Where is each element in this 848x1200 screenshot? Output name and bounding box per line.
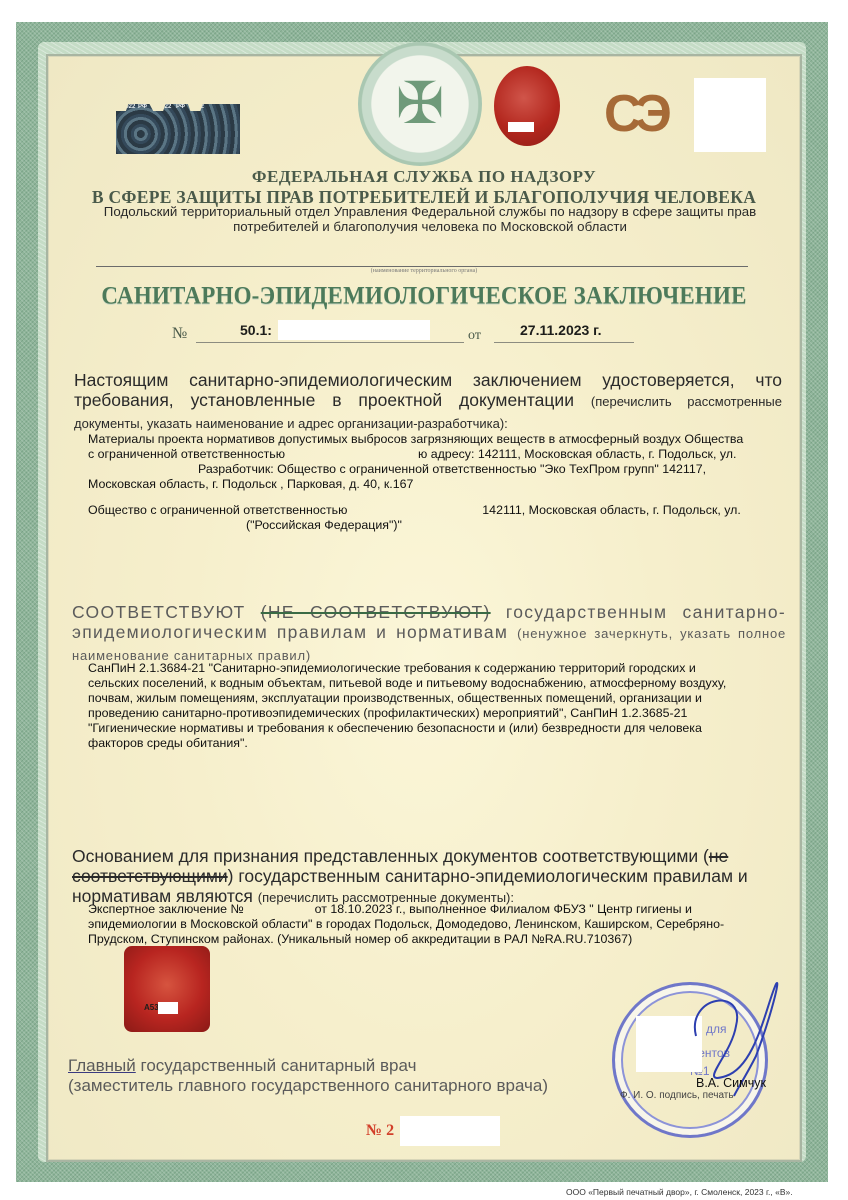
- complies-text: СООТВЕТСТВУЮТ: [72, 602, 245, 622]
- not-complies-struck-text: (НЕ СООТВЕТСТВУЮТ): [261, 602, 491, 622]
- sanpin-line: факторов среды обитания".: [88, 736, 778, 751]
- materials-line: Разработчик: Общество с ограниченной отв…: [88, 462, 778, 477]
- redaction: [400, 1116, 500, 1146]
- compliance-text: государственным санитарно-: [506, 602, 786, 622]
- expert-line-part: Экспертное заключение №: [88, 902, 244, 916]
- materials-block: Материалы проекта нормативов допустимых …: [88, 432, 778, 492]
- materials-line: с ограниченной ответственностью ю адресу…: [88, 447, 778, 462]
- materials-line-part: с ограниченной ответственностью: [88, 447, 285, 461]
- materials-line: Материалы проекта нормативов допустимых …: [88, 432, 778, 447]
- redaction: [158, 1002, 178, 1014]
- document-date: 27.11.2023 г.: [520, 322, 602, 338]
- signer-title-underlined: Главный: [68, 1056, 136, 1075]
- expert-line: Прудском, Ступинском районах. (Уникальны…: [88, 932, 778, 947]
- basis-text: Основанием для признания представленных …: [72, 846, 709, 866]
- organization-block: Общество с ограниченной ответственностью…: [88, 503, 778, 533]
- hologram-label: РФ: [138, 104, 147, 110]
- organization-line-part: Общество с ограниченной ответственностью: [88, 503, 347, 517]
- signer-title: Главный государственный санитарный врач: [68, 1056, 416, 1076]
- basis-struck-text: не: [709, 846, 728, 866]
- sanpin-line: почвам, жилым помещениям, эксплуатации п…: [88, 691, 778, 706]
- materials-line-part: ю адресу: 142111, Московская область, г.…: [418, 447, 737, 461]
- basis-lead: Основанием для признания представленных …: [72, 846, 786, 908]
- expert-conclusion-block: Экспертное заключение № от 18.10.2023 г.…: [88, 902, 778, 947]
- number-label: №: [172, 325, 187, 343]
- organization-line-part: 142111, Московская область, г. Подольск,…: [482, 503, 741, 517]
- se-certification-mark-icon: СЭ: [604, 88, 666, 140]
- territorial-body-line2: потребителей и благополучия человека по …: [80, 219, 780, 234]
- redaction: [278, 320, 430, 340]
- signer-title-line2: (заместитель главного государственного с…: [68, 1076, 548, 1096]
- number-underline: [196, 342, 464, 343]
- organization-line: Общество с ограниченной ответственностью…: [88, 503, 778, 518]
- document-title: САНИТАРНО-ЭПИДЕМИОЛОГИЧЕСКОЕ ЗАКЛЮЧЕНИЕ: [0, 282, 848, 310]
- sanpin-line: "Гигиенические нормативы и требования к …: [88, 721, 778, 736]
- red-hologram-sticker-icon: А533: [124, 946, 210, 1032]
- redaction: [508, 122, 534, 132]
- document-number: 50.1:: [240, 322, 272, 338]
- divider: [96, 266, 748, 267]
- printer-imprint: ООО «Первый печатный двор», г. Смоленск,…: [566, 1187, 793, 1197]
- sanpin-line: проведению санитарно-противоэпидемически…: [88, 706, 778, 721]
- territorial-body-caption: (наименование территориального органа): [0, 268, 848, 274]
- red-hologram-seal-icon: [494, 66, 560, 146]
- territorial-body-line1: Подольский территориальный отдел Управле…: [80, 204, 780, 219]
- double-headed-eagle-icon: ✠: [384, 62, 456, 146]
- compliance-text: эпидемиологическим правилам и нормативам: [72, 622, 508, 642]
- blank-serial-number: № 2: [366, 1122, 394, 1140]
- expert-line: Экспертное заключение № от 18.10.2023 г.…: [88, 902, 778, 917]
- requirements-lead: Настоящим санитарно-эпидемиологическим з…: [74, 370, 782, 434]
- basis-struck-text: соответствующими: [72, 866, 228, 886]
- territorial-body: Подольский территориальный отдел Управле…: [80, 204, 780, 234]
- date-label: от: [468, 328, 481, 344]
- sanpin-line: сельских поселений, к водным объектам, п…: [88, 676, 778, 691]
- expert-line-part: от 18.10.2023 г., выполненное Филиалом Ф…: [315, 902, 692, 916]
- sanpin-line: СанПиН 2.1.3684-21 "Санитарно-эпидемиоло…: [88, 661, 778, 676]
- coat-of-arms-emblem-icon: ✠: [358, 42, 482, 166]
- sanpin-block: СанПиН 2.1.3684-21 "Санитарно-эпидемиоло…: [88, 661, 778, 751]
- redaction: [694, 78, 766, 152]
- basis-text: ) государственным санитарно-эпидемиологи…: [228, 866, 733, 886]
- agency-name-line1: ФЕДЕРАЛЬНАЯ СЛУЖБА ПО НАДЗОРУ: [0, 167, 848, 187]
- signer-title-rest: государственный санитарный врач: [141, 1056, 417, 1075]
- compliance-statement: СООТВЕТСТВУЮТ (НЕ СООТВЕТСТВУЮТ) государ…: [72, 602, 786, 666]
- hologram-strip-icon: 2022 РФ 2022 РФ 202: [116, 104, 240, 154]
- signer-name: В.А. Симчук: [696, 1076, 766, 1090]
- hologram-label: РФ: [176, 104, 185, 110]
- materials-line: Московская область, г. Подольск , Парков…: [88, 477, 778, 492]
- organization-line: ("Российская Федерация")": [88, 518, 778, 533]
- expert-line: эпидемиологии в Московской области" в го…: [88, 917, 778, 932]
- date-underline: [494, 342, 634, 343]
- signer-caption: Ф. И. О. подпись, печать: [620, 1090, 734, 1101]
